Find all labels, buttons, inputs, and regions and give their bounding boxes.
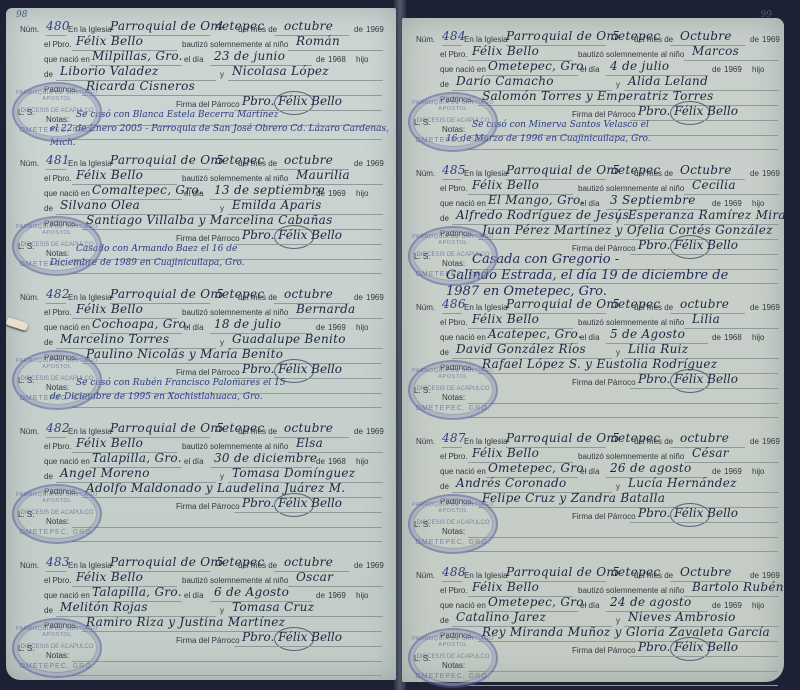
baptism-month: Octubre xyxy=(680,29,732,43)
and-label: y xyxy=(616,214,620,223)
church-label: En la Iglesia xyxy=(464,571,508,580)
num-label: Núm. xyxy=(20,561,39,570)
note-line: Se casó con Rubén Francisco Palomares el… xyxy=(76,378,286,388)
priest-name: Félix Bello xyxy=(76,436,143,450)
priest-name: Félix Bello xyxy=(76,302,143,316)
baptism-month: octubre xyxy=(284,555,333,569)
entry-number: 482 xyxy=(46,287,70,301)
priest-label: el Pbro. xyxy=(440,50,468,59)
baptism-day: 5 xyxy=(612,431,620,445)
baptized-label: bautizó solemnemente al niño xyxy=(182,576,288,585)
church-label: En la Iglesia xyxy=(68,293,112,302)
baptism-day: 5 xyxy=(612,29,620,43)
baptized-label: bautizó solemnemente al niño xyxy=(182,174,288,183)
baptism-month: octubre xyxy=(284,19,333,33)
born-in-label: que nació en xyxy=(44,323,90,332)
son-of-label: hijo xyxy=(752,199,764,208)
baptism-entry-486: Núm. 486 En la Iglesia Parroquial de Ome… xyxy=(402,286,784,420)
mother-name: Tomasa Domínguez xyxy=(232,466,355,480)
month-label: del mes de xyxy=(238,293,277,302)
parish-seal-stamp: PARROQUIA DE SANTIAGO APOSTOL DIOCESIS D… xyxy=(12,350,102,410)
num-label: Núm. xyxy=(416,571,435,580)
birth-year-label: de xyxy=(712,333,721,342)
num-label: Núm. xyxy=(416,303,435,312)
born-in-label: que nació en xyxy=(44,457,90,466)
baptism-year: 1969 xyxy=(366,293,384,302)
father-name: Angel Moreno xyxy=(60,466,150,480)
godparents: Rey Miranda Muñoz y Gloria Zavaleta Garc… xyxy=(482,625,770,639)
baptism-entry-488: Núm. 488 En la Iglesia Parroquial de Ome… xyxy=(402,554,784,688)
month-label: del mes de xyxy=(634,169,673,178)
entry-number: 483 xyxy=(46,555,70,569)
num-label: Núm. xyxy=(416,437,435,446)
birthplace: Ometepec, Gro. xyxy=(488,461,588,475)
entry-number: 486 xyxy=(442,297,466,311)
num-label: Núm. xyxy=(20,427,39,436)
godparents: Ricarda Cisneros xyxy=(86,79,195,93)
godparents: Ramiro Riza y Justina Martínez xyxy=(86,615,285,629)
baptism-year: 1969 xyxy=(366,25,384,34)
birth-day-label: el día xyxy=(580,65,600,74)
month-label: del mes de xyxy=(634,437,673,446)
baptism-year: 1969 xyxy=(762,169,780,178)
born-in-label: que nació en xyxy=(440,333,486,342)
father-name: Marcelino Torres xyxy=(60,332,169,346)
mother-name: Alida Leland xyxy=(628,74,708,88)
and-label: y xyxy=(220,204,224,213)
birth-year-label: de xyxy=(316,457,325,466)
priest-label: el Pbro. xyxy=(440,318,468,327)
of-label: de xyxy=(440,214,449,223)
birth-day-label: el día xyxy=(580,467,600,476)
church-label: En la Iglesia xyxy=(464,437,508,446)
priest-label: el Pbro. xyxy=(44,308,72,317)
baptism-month: octubre xyxy=(284,287,333,301)
parish-seal-stamp: PARROQUIA DE SANTIAGO APOSTOL DIOCESIS D… xyxy=(408,92,498,152)
birth-date: 4 de julio xyxy=(610,59,669,73)
birth-date: 3 Septiembre xyxy=(610,193,696,207)
priest-label: el Pbro. xyxy=(44,40,72,49)
of-label: de xyxy=(44,70,53,79)
entry-number: 484 xyxy=(442,29,466,43)
baptized-label: bautizó solemnemente al niño xyxy=(578,452,684,461)
of-label: de xyxy=(440,80,449,89)
birth-day-label: el día xyxy=(184,457,204,466)
baptism-entry-482: Núm. 482 En la Iglesia Parroquial de Ome… xyxy=(6,276,396,410)
of-label: de xyxy=(44,338,53,347)
mother-name: Emilda Aparis xyxy=(232,198,322,212)
baptism-year: 1969 xyxy=(762,303,780,312)
birth-year: 1969 xyxy=(328,323,346,332)
birth-date: 26 de agosto xyxy=(610,461,692,475)
birth-date: 24 de agosto xyxy=(610,595,692,609)
month-label: del mes de xyxy=(238,427,277,436)
priest-name: Félix Bello xyxy=(472,312,539,326)
baptism-year: 1969 xyxy=(762,35,780,44)
born-in-label: que nació en xyxy=(44,591,90,600)
and-label: y xyxy=(616,616,620,625)
son-of-label: hijo xyxy=(356,323,368,332)
birth-day-label: el día xyxy=(580,333,600,342)
left-page: 98 Núm. 480 En la Iglesia Parroquial de … xyxy=(6,8,396,680)
birthplace: Ometepec, Gro. xyxy=(488,595,588,609)
son-of-label: hijo xyxy=(752,601,764,610)
son-of-label: hijo xyxy=(356,457,368,466)
priest-name: Félix Bello xyxy=(472,44,539,58)
baptized-label: bautizó solemnemente al niño xyxy=(578,184,684,193)
father-name: Melitón Rojas xyxy=(60,600,148,614)
birth-year: 1968 xyxy=(328,55,346,64)
baptized-label: bautizó solemnemente al niño xyxy=(182,40,288,49)
father-name: Alfredo Rodríguez de Jesús xyxy=(456,208,629,222)
church-label: En la Iglesia xyxy=(464,303,508,312)
entry-number: 481 xyxy=(46,153,70,167)
and-label: y xyxy=(220,606,224,615)
parish-seal-stamp: PARROQUIA DE SANTIAGO APOSTOL DIOCESIS D… xyxy=(12,484,102,544)
birth-year-label: de xyxy=(712,601,721,610)
birth-year: 1969 xyxy=(724,65,742,74)
father-name: Catalino Jarez xyxy=(456,610,546,624)
birth-year-label: de xyxy=(712,65,721,74)
note-line: el 22 de Enero 2005 - Parroquia de San J… xyxy=(50,124,389,134)
baptism-entry-483: Núm. 483 En la Iglesia Parroquial de Ome… xyxy=(6,544,396,678)
father-name: Darío Camacho xyxy=(456,74,554,88)
birth-year: 1968 xyxy=(724,333,742,342)
month-label: del mes de xyxy=(634,571,673,580)
son-of-label: hijo xyxy=(752,333,764,342)
and-label: y xyxy=(616,348,620,357)
and-label: y xyxy=(220,472,224,481)
entry-number: 488 xyxy=(442,565,466,579)
birth-year: 1969 xyxy=(724,467,742,476)
son-of-label: hijo xyxy=(356,591,368,600)
birthplace: Acatepec, Gro. xyxy=(488,327,582,341)
baptism-month: octubre xyxy=(680,297,729,311)
baptism-entry-487: Núm. 487 En la Iglesia Parroquial de Ome… xyxy=(402,420,784,554)
baptism-day: 5 xyxy=(216,421,224,435)
baptized-label: bautizó solemnemente al niño xyxy=(182,308,288,317)
priest-label: el Pbro. xyxy=(440,452,468,461)
priest-label: el Pbro. xyxy=(44,442,72,451)
baptism-day: 5 xyxy=(612,297,620,311)
of-label: de xyxy=(440,616,449,625)
church-label: En la Iglesia xyxy=(68,159,112,168)
priest-name: Félix Bello xyxy=(76,570,143,584)
born-in-label: que nació en xyxy=(44,55,90,64)
priest-label: el Pbro. xyxy=(440,586,468,595)
parish-seal-stamp: PARROQUIA DE SANTIAGO APOSTOL DIOCESIS D… xyxy=(408,360,498,420)
godparents: Paulino Nicolás y María Benito xyxy=(86,347,283,361)
birth-year: 1969 xyxy=(724,199,742,208)
birthplace: El Mango, Gro. xyxy=(488,193,584,207)
baptism-month: Octubre xyxy=(680,163,732,177)
of-label: de xyxy=(440,482,449,491)
baptism-day: 5 xyxy=(216,555,224,569)
birth-day-label: el día xyxy=(184,189,204,198)
priest-label: el Pbro. xyxy=(44,174,72,183)
and-label: y xyxy=(616,80,620,89)
born-in-label: que nació en xyxy=(440,199,486,208)
born-in-label: que nació en xyxy=(440,467,486,476)
baptism-year: 1969 xyxy=(366,427,384,436)
baptism-month: octubre xyxy=(284,153,333,167)
child-name: Maurilia xyxy=(296,168,350,182)
birth-year-label: de xyxy=(712,467,721,476)
year-label: de xyxy=(354,427,363,436)
note-line: Se casó con Blanca Estela Becerra Martín… xyxy=(76,110,278,120)
birth-year-label: de xyxy=(316,55,325,64)
baptism-day: 5 xyxy=(216,287,224,301)
baptism-day: 4 xyxy=(216,19,224,33)
church-label: En la Iglesia xyxy=(68,561,112,570)
num-label: Núm. xyxy=(20,159,39,168)
entry-number: 482 xyxy=(46,421,70,435)
baptized-label: bautizó solemnemente al niño xyxy=(182,442,288,451)
entry-number: 485 xyxy=(442,163,466,177)
mother-name: Nicolasa López xyxy=(232,64,329,78)
parish-seal-stamp: PARROQUIA DE SANTIAGO APOSTOL DIOCESIS D… xyxy=(12,618,102,678)
year-label: de xyxy=(750,437,759,446)
and-label: y xyxy=(220,338,224,347)
parish-seal-stamp: PARROQUIA DE SANTIAGO APOSTOL DIOCESIS D… xyxy=(408,628,498,688)
of-label: de xyxy=(44,472,53,481)
father-name: Andrés Coronado xyxy=(456,476,567,490)
right-page: 99 Núm. 484 En la Iglesia Parroquial de … xyxy=(402,18,784,682)
baptism-entry-485: Núm. 485 En la Iglesia Parroquial de Ome… xyxy=(402,152,784,286)
baptism-entry-480: Núm. 480 En la Iglesia Parroquial de Ome… xyxy=(6,8,396,142)
year-label: de xyxy=(750,303,759,312)
child-name: Bernarda xyxy=(296,302,356,316)
num-label: Núm. xyxy=(416,169,435,178)
child-name: Marcos xyxy=(692,44,739,58)
baptism-day: 5 xyxy=(612,163,620,177)
baptized-label: bautizó solemnemente al niño xyxy=(578,318,684,327)
of-label: de xyxy=(44,606,53,615)
month-label: del mes de xyxy=(238,561,277,570)
birth-date: 23 de junio xyxy=(214,49,285,63)
birth-date: 5 de Agosto xyxy=(610,327,685,341)
church-label: En la Iglesia xyxy=(464,169,508,178)
note-line: Se casó con Minerva Santos Velasco el xyxy=(472,120,649,130)
baptism-year: 1969 xyxy=(762,571,780,580)
birthplace: Talapilla, Gro. xyxy=(92,451,182,465)
mother-name: Nieves Ambrosio xyxy=(628,610,736,624)
priest-label: el Pbro. xyxy=(44,576,72,585)
baptism-month: octubre xyxy=(680,431,729,445)
of-label: de xyxy=(440,348,449,357)
of-label: de xyxy=(44,204,53,213)
birth-year-label: de xyxy=(316,189,325,198)
godparents: Salomón Torres y Emperatriz Torres xyxy=(482,89,714,103)
child-name: Román xyxy=(296,34,340,48)
godparents: Adolfo Maldonado y Laudelina Juárez M. xyxy=(86,481,345,495)
baptism-year: 1969 xyxy=(366,561,384,570)
year-label: de xyxy=(354,159,363,168)
mother-name: Lucía Hernández xyxy=(628,476,737,490)
birth-date: 13 de septiembre xyxy=(214,183,325,197)
baptized-label: bautizó solemnemente al niño xyxy=(578,586,684,595)
son-of-label: hijo xyxy=(752,467,764,476)
birth-year: 1969 xyxy=(328,189,346,198)
year-label: de xyxy=(750,35,759,44)
year-label: de xyxy=(354,25,363,34)
birth-date: 30 de diciembre xyxy=(214,451,317,465)
month-label: del mes de xyxy=(634,35,673,44)
baptized-label: bautizó solemnemente al niño xyxy=(578,50,684,59)
godparents: Felipe Cruz y Zandra Batalla xyxy=(482,491,665,505)
priest-name: Félix Bello xyxy=(472,446,539,460)
birth-day-label: el día xyxy=(184,55,204,64)
priest-label: el Pbro. xyxy=(440,184,468,193)
baptism-year: 1969 xyxy=(366,159,384,168)
num-label: Núm. xyxy=(20,293,39,302)
birth-day-label: el día xyxy=(184,323,204,332)
mother-name: Tomasa Cruz xyxy=(232,600,314,614)
year-label: de xyxy=(750,169,759,178)
son-of-label: hijo xyxy=(356,189,368,198)
entry-number: 480 xyxy=(46,19,70,33)
mother-name: Guadalupe Benito xyxy=(232,332,346,346)
child-name: Oscar xyxy=(296,570,333,584)
birthplace: Ometepec, Gro. xyxy=(488,59,588,73)
entry-number: 487 xyxy=(442,431,466,445)
baptism-month: Octubre xyxy=(680,565,732,579)
num-label: Núm. xyxy=(20,25,39,34)
birth-year: 1969 xyxy=(724,601,742,610)
month-label: del mes de xyxy=(634,303,673,312)
birthplace: Milpillas, Gro. xyxy=(92,49,183,63)
baptism-month: octubre xyxy=(284,421,333,435)
baptism-entry-481: Núm. 481 En la Iglesia Parroquial de Ome… xyxy=(6,142,396,276)
and-label: y xyxy=(616,482,620,491)
baptism-day: 5 xyxy=(216,153,224,167)
church-label: En la Iglesia xyxy=(464,35,508,44)
birthplace: Cochoapa, Gro. xyxy=(92,317,190,331)
godparents: Juan Pérez Martínez y Ofelia Cortés Gonz… xyxy=(482,223,773,237)
father-name: Liborio Valadez xyxy=(60,64,159,78)
child-name: Bartolo Rubén xyxy=(692,580,784,594)
parish-seal-stamp: PARROQUIA DE SANTIAGO APOSTOL DIOCESIS D… xyxy=(12,82,102,142)
baptism-entry-484: Núm. 484 En la Iglesia Parroquial de Ome… xyxy=(402,18,784,152)
birthplace: Talapilla, Gro. xyxy=(92,585,182,599)
baptism-year: 1969 xyxy=(762,437,780,446)
num-label: Núm. xyxy=(416,35,435,44)
church-label: En la Iglesia xyxy=(68,25,112,34)
birth-day-label: el día xyxy=(580,601,600,610)
mother-name: Esperanza Ramírez Miranda xyxy=(628,208,800,222)
father-name: Silvano Olea xyxy=(60,198,140,212)
year-label: de xyxy=(354,293,363,302)
mother-name: Lilia Ruiz xyxy=(628,342,688,356)
child-name: Lilia xyxy=(692,312,720,326)
birth-year-label: de xyxy=(316,323,325,332)
child-name: Elsa xyxy=(296,436,323,450)
son-of-label: hijo xyxy=(356,55,368,64)
birth-year: 1968 xyxy=(328,457,346,466)
month-label: del mes de xyxy=(238,25,277,34)
father-name: David González Ríos xyxy=(456,342,586,356)
year-label: de xyxy=(750,571,759,580)
parish-seal-stamp: PARROQUIA DE SANTIAGO APOSTOL DIOCESIS D… xyxy=(408,494,498,554)
baptism-day: 5 xyxy=(612,565,620,579)
church-label: En la Iglesia xyxy=(68,427,112,436)
birth-year: 1969 xyxy=(328,591,346,600)
born-in-label: que nació en xyxy=(440,65,486,74)
child-name: César xyxy=(692,446,729,460)
birth-date: 18 de julio xyxy=(214,317,281,331)
birth-day-label: el día xyxy=(184,591,204,600)
and-label: y xyxy=(220,70,224,79)
birth-year-label: de xyxy=(316,591,325,600)
birth-date: 6 de Agosto xyxy=(214,585,289,599)
priest-name: Félix Bello xyxy=(472,580,539,594)
son-of-label: hijo xyxy=(752,65,764,74)
born-in-label: que nació en xyxy=(440,601,486,610)
parish-seal-stamp: PARROQUIA DE SANTIAGO APOSTOL DIOCESIS D… xyxy=(408,226,498,286)
baptism-entry-482: Núm. 482 En la Iglesia Parroquial de Ome… xyxy=(6,410,396,544)
priest-name: Félix Bello xyxy=(472,178,539,192)
born-in-label: que nació en xyxy=(44,189,90,198)
priest-name: Félix Bello xyxy=(76,168,143,182)
parish-seal-stamp: PARROQUIA DE SANTIAGO APOSTOL DIOCESIS D… xyxy=(12,216,102,276)
birth-year-label: de xyxy=(712,199,721,208)
child-name: Cecilia xyxy=(692,178,736,192)
priest-name: Félix Bello xyxy=(76,34,143,48)
month-label: del mes de xyxy=(238,159,277,168)
birth-day-label: el día xyxy=(580,199,600,208)
year-label: de xyxy=(354,561,363,570)
